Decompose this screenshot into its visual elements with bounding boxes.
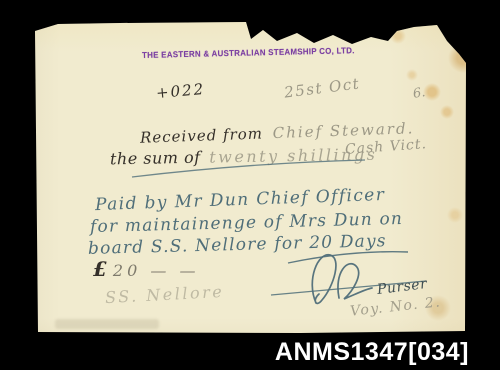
catalog-id-label: ANMS1347[034] (275, 338, 469, 367)
page-mark: 6. (412, 85, 427, 102)
amount-line: £20 — — (93, 257, 199, 281)
faint-watermark (55, 319, 159, 329)
sum-label: the sum of (110, 148, 201, 169)
museum-scan-photo: THE EASTERN & AUSTRALIAN STEAMSHIP CO, L… (0, 0, 500, 370)
amount-value: 20 — — (113, 261, 200, 280)
currency-symbol: £ (93, 257, 107, 281)
